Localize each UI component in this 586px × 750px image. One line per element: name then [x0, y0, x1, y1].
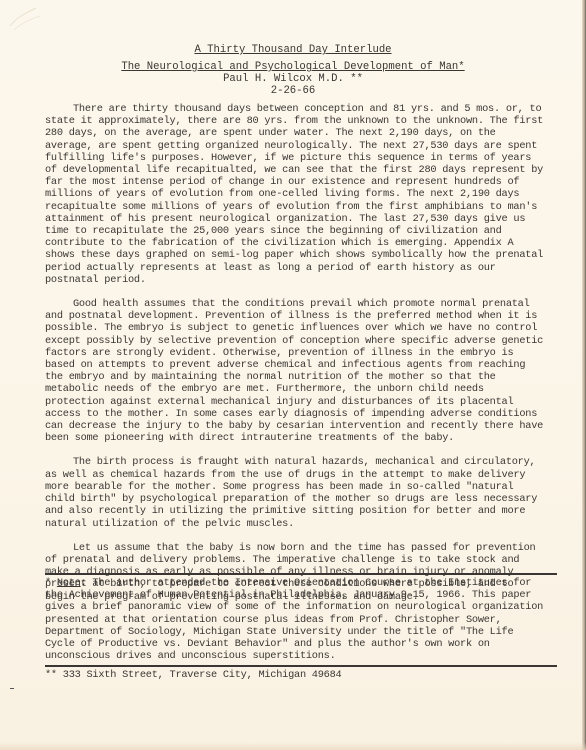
document-header: A Thirty Thousand Day Interlude The Neur… [0, 44, 586, 97]
address-divider [45, 665, 557, 667]
footnote: * Note: The author attended the Intensiv… [45, 577, 545, 662]
author-address: ** 333 Sixth Street, Traverse City, Mich… [45, 669, 341, 681]
footnote-label: Note [57, 577, 81, 589]
footnote-marker: * [45, 577, 57, 589]
document-author: Paul H. Wilcox M.D. ** [0, 73, 586, 85]
document-page: A Thirty Thousand Day Interlude The Neur… [0, 0, 586, 750]
page-bottom-wear [0, 742, 586, 750]
paragraph-birth-process: The birth process is fraught with natura… [45, 456, 545, 529]
footnote-divider [45, 573, 557, 575]
paragraph-good-health: Good health assumes that the conditions … [45, 298, 545, 444]
document-subtitle: The Neurological and Psychological Devel… [0, 61, 586, 73]
document-date: 2-26-66 [0, 85, 586, 97]
stray-ink-mark [10, 688, 14, 689]
paragraph-intro: There are thirty thousand days between c… [45, 103, 545, 286]
page-edge-shadow [582, 0, 586, 750]
document-title: A Thirty Thousand Day Interlude [0, 44, 586, 56]
footnote-text: : The author attended the Intensive Orie… [45, 577, 543, 662]
document-body: There are thirty thousand days between c… [45, 103, 545, 615]
faded-stamp-mark [6, 4, 46, 34]
